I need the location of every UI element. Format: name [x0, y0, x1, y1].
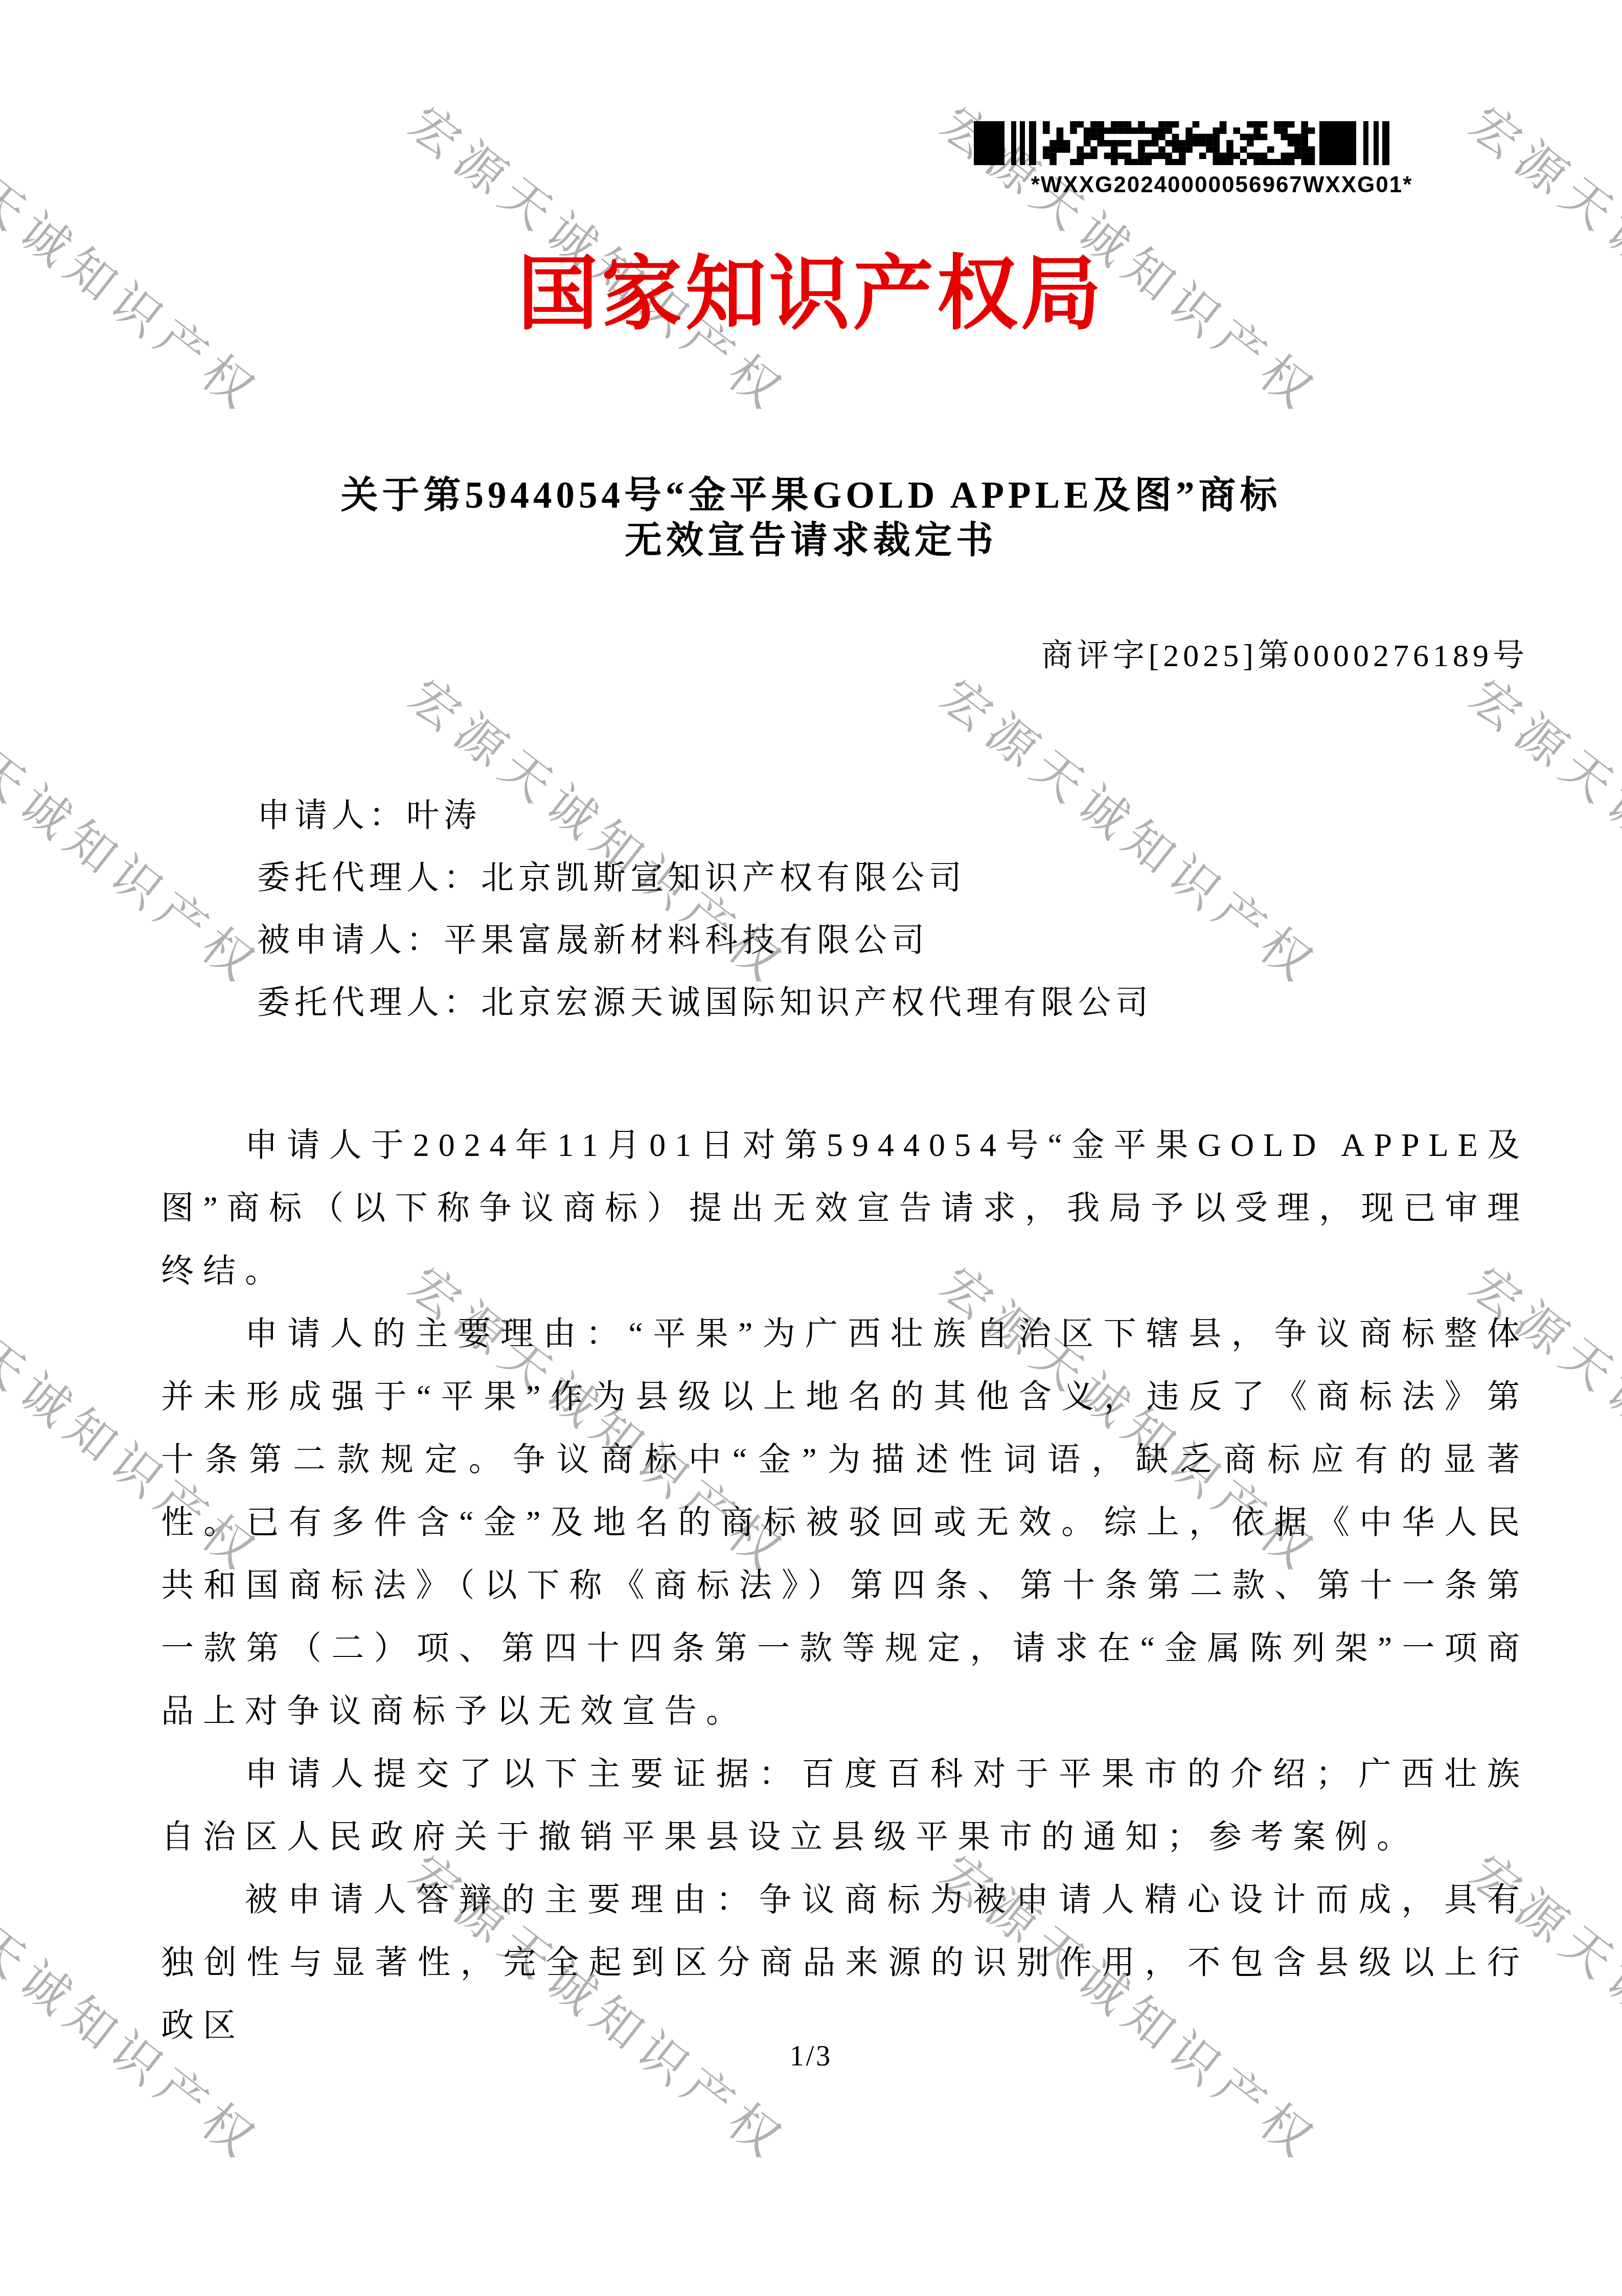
barcode-block: *WXXG20240000056967WXXG01* — [974, 121, 1431, 198]
body-text: 申请人于2024年11月01日对第5944054号“金平果GOLD APPLE及… — [161, 1113, 1529, 2057]
watermark-text: 宏源天诚知识产权 — [0, 660, 277, 999]
party-label: 委托代理人： — [257, 984, 481, 1020]
body-paragraph: 申请人于2024年11月01日对第5944054号“金平果GOLD APPLE及… — [161, 1113, 1529, 1302]
document-title-line1: 关于第5944054号“金平果GOLD APPLE及图”商标 — [0, 473, 1622, 518]
document-page: 宏源天诚知识产权宏源天诚知识产权宏源天诚知识产权宏源天诚知识产权宏源天诚知识产权… — [0, 0, 1622, 2296]
party-label: 委托代理人： — [257, 859, 481, 896]
parties-block: 申请人：叶涛 委托代理人：北京凯斯宣知识产权有限公司 被申请人：平果富晟新材料科… — [257, 784, 1153, 1034]
party-label: 申请人： — [257, 797, 406, 833]
page-number: 1/3 — [0, 2040, 1622, 2073]
document-title-line2: 无效宣告请求裁定书 — [0, 518, 1622, 563]
barcode-value: *WXXG20240000056967WXXG01* — [1012, 172, 1431, 198]
barcode-image — [974, 121, 1389, 165]
barcode-matrix — [1043, 121, 1315, 165]
party-label: 被申请人： — [257, 922, 444, 958]
party-row-respondent-agent: 委托代理人：北京宏源天诚国际知识产权代理有限公司 — [257, 971, 1153, 1034]
watermark-text: 宏源天诚知识产权 — [1457, 660, 1622, 999]
document-title: 关于第5944054号“金平果GOLD APPLE及图”商标 无效宣告请求裁定书 — [0, 473, 1622, 563]
party-row-applicant: 申请人：叶涛 — [257, 784, 1153, 847]
body-paragraph: 被申请人答辩的主要理由：争议商标为被申请人精心设计而成，具有独创性与显著性，完全… — [161, 1868, 1529, 2057]
party-value: 北京宏源天诚国际知识产权代理有限公司 — [481, 984, 1153, 1020]
party-value: 平果富晟新材料科技有限公司 — [444, 922, 929, 958]
agency-title: 国家知识产权局 — [0, 255, 1622, 335]
body-paragraph: 申请人的主要理由：“平果”为广西壮族自治区下辖县，争议商标整体并未形成强于“平果… — [161, 1302, 1529, 1742]
document-number: 商评字[2025]第0000276189号 — [1041, 630, 1528, 675]
party-row-respondent: 被申请人：平果富晟新材料科技有限公司 — [257, 909, 1153, 971]
party-value: 叶涛 — [406, 797, 481, 833]
party-row-applicant-agent: 委托代理人：北京凯斯宣知识产权有限公司 — [257, 847, 1153, 909]
body-paragraph: 申请人提交了以下主要证据：百度百科对于平果市的介绍；广西壮族自治区人民政府关于撤… — [161, 1742, 1529, 1868]
party-value: 北京凯斯宣知识产权有限公司 — [481, 859, 966, 896]
